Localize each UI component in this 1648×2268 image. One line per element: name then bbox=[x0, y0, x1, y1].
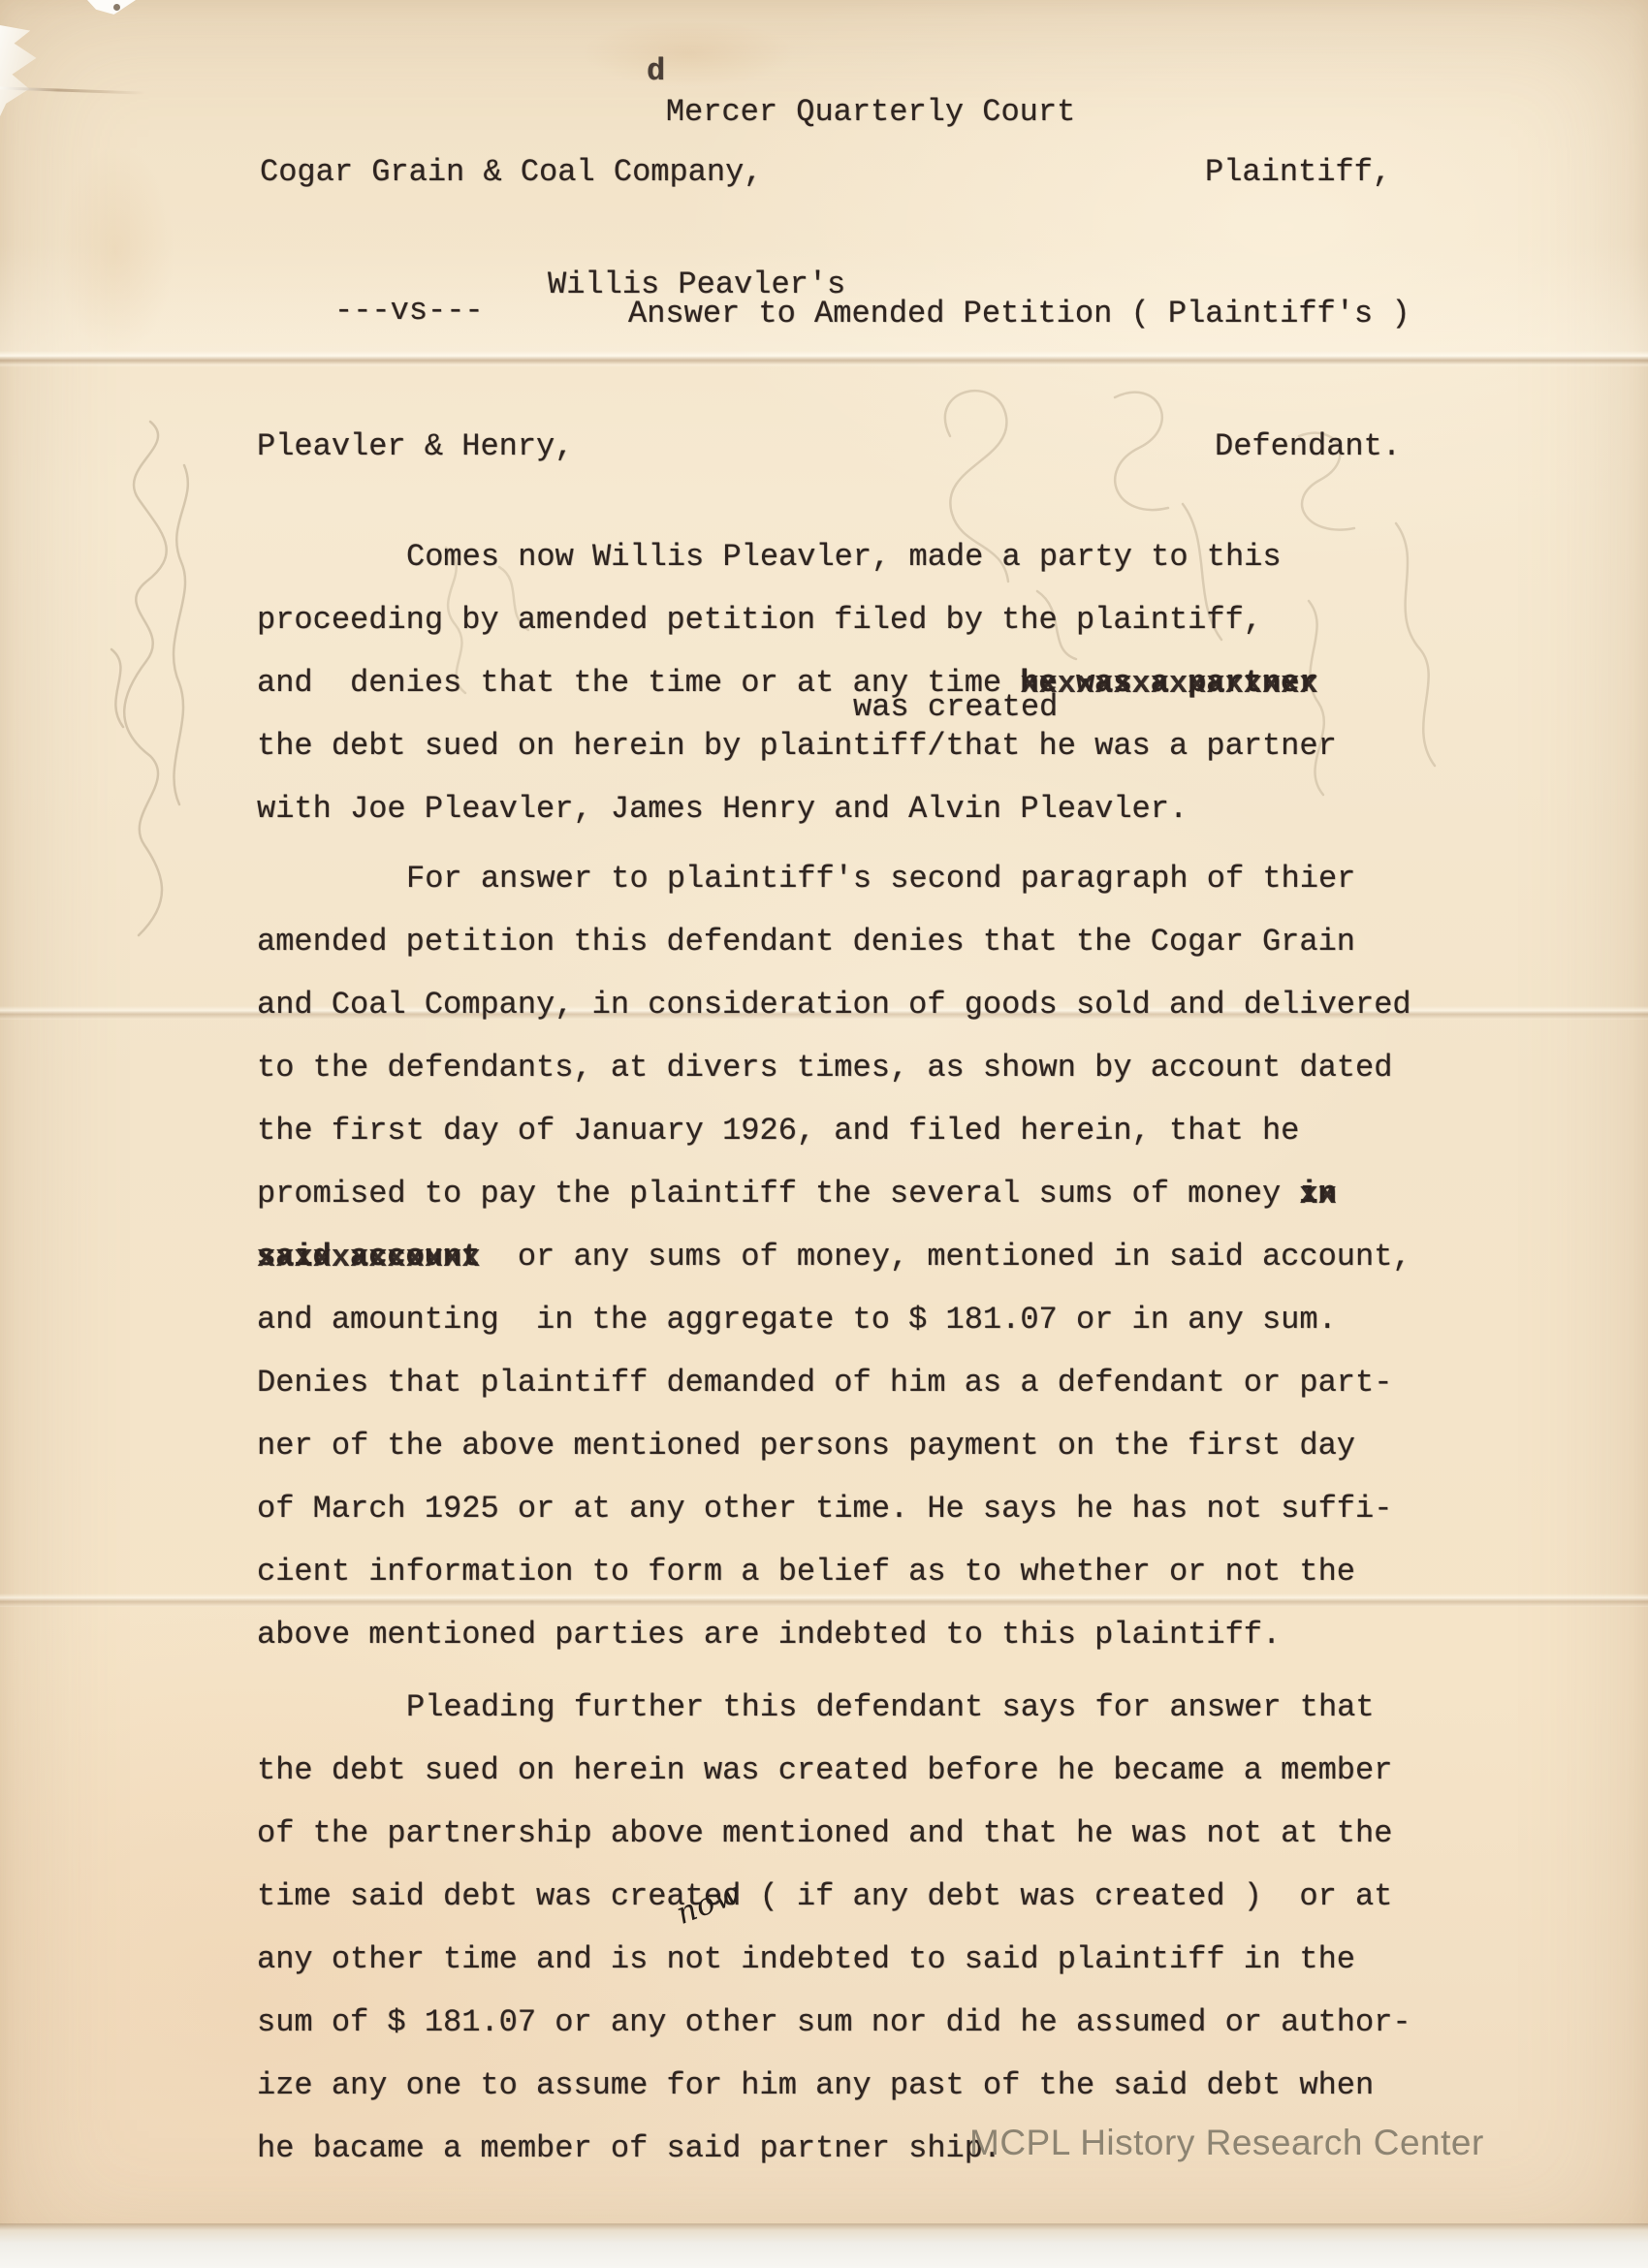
typewriter-line: time said debt was created ( if any debt… bbox=[257, 1865, 1411, 1928]
tear-nick bbox=[87, 0, 136, 15]
defendant-name: Pleavler & Henry, bbox=[257, 427, 573, 466]
paragraph-2: For answer to plaintiff's second paragra… bbox=[257, 847, 1411, 1666]
vs-marker: ---vs--- bbox=[334, 292, 484, 331]
typewriter-line: and denies that the time or at any time … bbox=[257, 651, 1337, 714]
typewriter-line: the debt sued on herein by plaintiff/tha… bbox=[257, 714, 1337, 777]
typewriter-line: For answer to plaintiff's second paragra… bbox=[257, 847, 1411, 910]
typewriter-line: the first day of January 1926, and filed… bbox=[257, 1099, 1411, 1162]
typewriter-line: and amounting in the aggregate to $ 181.… bbox=[257, 1288, 1411, 1351]
answer-title-line2: Answer to Amended Petition ( Plaintiff's… bbox=[628, 295, 1410, 333]
typed-insert: was created bbox=[853, 688, 1058, 727]
typewriter-line: Comes now Willis Pleavler, made a party … bbox=[257, 525, 1337, 588]
typewriter-line: proceeding by amended petition filed by … bbox=[257, 588, 1337, 651]
struck-text-x-overlay: xx bbox=[1299, 1163, 1336, 1226]
torn-corner bbox=[0, 25, 50, 116]
typewriter-line: of March 1925 or at any other time. He s… bbox=[257, 1477, 1411, 1540]
typewriter-line: said accountxxxxxxxxxxxx or any sums of … bbox=[257, 1225, 1411, 1288]
typewriter-line: and Coal Company, in consideration of go… bbox=[257, 973, 1411, 1036]
court-title-text: Mercer Quarterly Court bbox=[666, 94, 1075, 130]
plaintiff-label: Plaintiff, bbox=[1205, 153, 1391, 192]
typewriter-line: ize any one to assume for him any past o… bbox=[257, 2054, 1411, 2117]
line-text: or any sums of money, mentioned in said … bbox=[480, 1239, 1410, 1275]
pencil-marginalia bbox=[82, 407, 247, 950]
typewriter-line: to the defendants, at divers times, as s… bbox=[257, 1036, 1411, 1099]
typewriter-overstrike-char: d bbox=[647, 52, 665, 91]
typewriter-line: above mentioned parties are indebted to … bbox=[257, 1603, 1411, 1666]
defendant-label: Defendant. bbox=[1215, 427, 1401, 466]
fold-crease bbox=[0, 351, 1648, 367]
watermark: MCPL History Research Center bbox=[969, 2123, 1484, 2163]
typewriter-line: with Joe Pleavler, James Henry and Alvin… bbox=[257, 777, 1337, 840]
ink-speck bbox=[113, 4, 120, 11]
typewriter-line: promised to pay the plaintiff the severa… bbox=[257, 1162, 1411, 1225]
typewriter-line: sum of $ 181.07 or any other sum nor did… bbox=[257, 1991, 1411, 2054]
typewriter-line: Pleading further this defendant says for… bbox=[257, 1676, 1411, 1739]
struck-text: said accountxxxxxxxxxxxx bbox=[257, 1225, 480, 1288]
struck-text: he was a partnerxxxxxxxxxxxxxxxx bbox=[1020, 651, 1317, 714]
struck-text-x-overlay: xxxxxxxxxxxx bbox=[257, 1226, 480, 1289]
scan-background-edge bbox=[0, 2223, 1648, 2268]
typewriter-line: of the partnership above mentioned and t… bbox=[257, 1802, 1411, 1865]
typewriter-line: cient information to form a belief as to… bbox=[257, 1540, 1411, 1603]
scanned-document-page: Mercer Quarterly Court d Cogar Grain & C… bbox=[0, 0, 1648, 2268]
typewriter-line: amended petition this defendant denies t… bbox=[257, 910, 1411, 973]
struck-text: inxx bbox=[1299, 1162, 1336, 1225]
typewriter-line: the debt sued on herein was created befo… bbox=[257, 1739, 1411, 1802]
typewriter-line: ner of the above mentioned persons payme… bbox=[257, 1414, 1411, 1477]
paper-stain bbox=[58, 145, 174, 359]
typewriter-line: any other time and is not indebted to sa… bbox=[257, 1928, 1411, 1991]
struck-text-x-overlay: xxxxxxxxxxxxxxxx bbox=[1020, 652, 1317, 715]
line-text: promised to pay the plaintiff the severa… bbox=[257, 1176, 1299, 1212]
plaintiff-name: Cogar Grain & Coal Company, bbox=[260, 153, 762, 192]
typewriter-line: Denies that plaintiff demanded of him as… bbox=[257, 1351, 1411, 1414]
paragraph-1: Comes now Willis Pleavler, made a party … bbox=[257, 525, 1337, 840]
paragraph-3: Pleading further this defendant says for… bbox=[257, 1676, 1411, 2180]
